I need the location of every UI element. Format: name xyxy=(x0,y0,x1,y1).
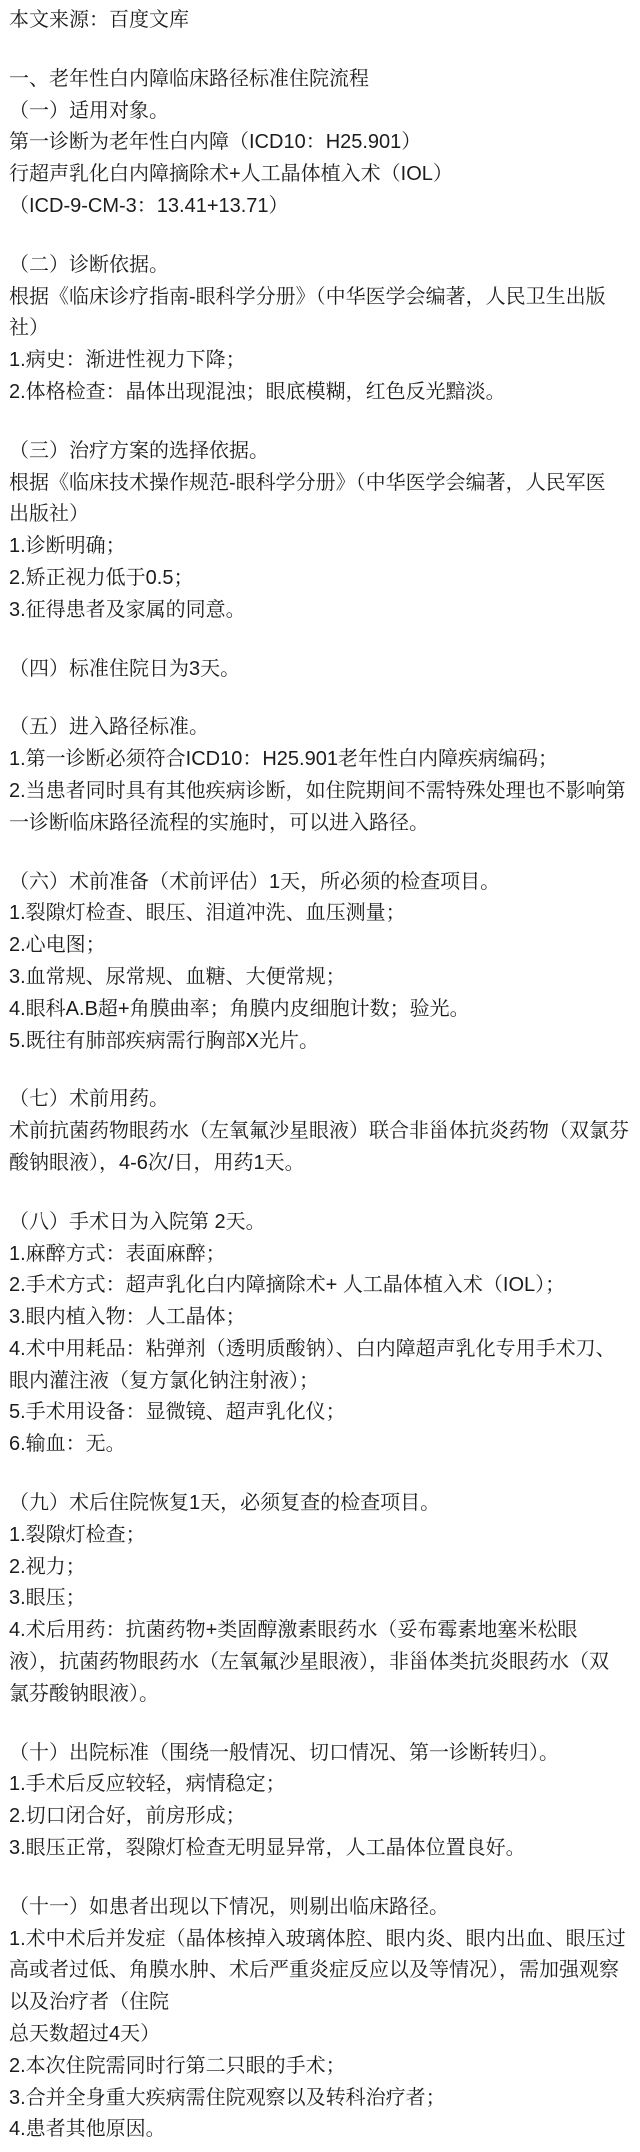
section-7: （七）术前用药。术前抗菌药物眼药水（左氧氟沙星眼液）联合非甾体抗炎药物（双氯芬酸… xyxy=(9,1084,631,1179)
text-line: 1.裂隙灯检查、眼压、泪道冲洗、血压测量； xyxy=(9,898,631,930)
text-line: （六）术前准备（术前评估）1天，所必须的检查项目。 xyxy=(9,867,631,899)
text-line: 酸钠眼液），4-6次/日，用药1天。 xyxy=(9,1148,631,1180)
text-line: （七）术前用药。 xyxy=(9,1084,631,1116)
text-line: 2.当患者同时具有其他疾病诊断，如住院期间不需特殊处理也不影响第 xyxy=(9,776,631,808)
text-line: 3.眼内植入物：人工晶体； xyxy=(9,1302,631,1334)
section-5: （五）进入路径标准。1.第一诊断必须符合ICD10：H25.901老年性白内障疾… xyxy=(9,712,631,839)
text-line: 1.裂隙灯检查； xyxy=(9,1520,631,1552)
text-line: 2.视力； xyxy=(9,1552,631,1584)
text-line: 一诊断临床路径流程的实施时，可以进入路径。 xyxy=(9,808,631,840)
text-line: 1.麻醉方式：表面麻醉； xyxy=(9,1239,631,1271)
text-line: 社） xyxy=(9,313,631,345)
text-line: 第一诊断为老年性白内障（ICD10：H25.901） xyxy=(9,127,631,159)
text-line: 3.征得患者及家属的同意。 xyxy=(9,595,631,627)
text-line: 液），抗菌药物眼药水（左氧氟沙星眼液），非甾体类抗炎眼药水（双 xyxy=(9,1647,631,1679)
text-line: 一、老年性白内障临床路径标准住院流程 xyxy=(9,64,631,96)
text-line: （八）手术日为入院第 2天。 xyxy=(9,1207,631,1239)
section-1: 一、老年性白内障临床路径标准住院流程（一）适用对象。第一诊断为老年性白内障（IC… xyxy=(9,64,631,223)
text-line: 6.输血：无。 xyxy=(9,1429,631,1461)
text-line: 1.病史：渐进性视力下降； xyxy=(9,345,631,377)
text-line: 2.切口闭合好，前房形成； xyxy=(9,1801,631,1833)
section-6: （六）术前准备（术前评估）1天，所必须的检查项目。1.裂隙灯检查、眼压、泪道冲洗… xyxy=(9,867,631,1058)
text-line: 4.眼科A.B超+角膜曲率；角膜内皮细胞计数；验光。 xyxy=(9,994,631,1026)
text-line: 总天数超过4天） xyxy=(9,2019,631,2051)
text-line: 2.本次住院需同时行第二只眼的手术； xyxy=(9,2051,631,2083)
section-10: （十）出院标准（围绕一般情况、切口情况、第一诊断转归）。1.手术后反应较轻，病情… xyxy=(9,1738,631,1865)
text-line: 4.患者其他原因。 xyxy=(9,2114,631,2146)
text-line: 根据《临床技术操作规范-眼科学分册》（中华医学会编著，人民军医 xyxy=(9,468,631,500)
document-page: 本文来源：百度文库一、老年性白内障临床路径标准住院流程（一）适用对象。第一诊断为… xyxy=(0,0,640,2152)
text-line: （十一）如患者出现以下情况，则剔出临床路径。 xyxy=(9,1892,631,1924)
text-line: 3.眼压正常，裂隙灯检查无明显异常，人工晶体位置良好。 xyxy=(9,1833,631,1865)
text-line: 2.手术方式：超声乳化白内障摘除术+ 人工晶体植入术（IOL）； xyxy=(9,1270,631,1302)
text-line: 4.术后用药：抗菌药物+类固醇激素眼药水（妥布霉素地塞米松眼 xyxy=(9,1615,631,1647)
text-line: 高或者过低、角膜水肿、术后严重炎症反应以及等情况），需加强观察 xyxy=(9,1955,631,1987)
section-3: （三）治疗方案的选择依据。根据《临床技术操作规范-眼科学分册》（中华医学会编著，… xyxy=(9,436,631,627)
text-line: 1.手术后反应较轻，病情稳定； xyxy=(9,1769,631,1801)
section-0: 本文来源：百度文库 xyxy=(9,5,631,37)
text-line: （二）诊断依据。 xyxy=(9,250,631,282)
text-line: 2.矫正视力低于0.5； xyxy=(9,563,631,595)
section-2: （二）诊断依据。根据《临床诊疗指南-眼科学分册》（中华医学会编著，人民卫生出版社… xyxy=(9,250,631,409)
text-line: 3.合并全身重大疾病需住院观察以及转科治疗者； xyxy=(9,2083,631,2115)
text-line: 本文来源：百度文库 xyxy=(9,5,631,37)
text-line: 5.手术用设备：显微镜、超声乳化仪； xyxy=(9,1397,631,1429)
text-line: 1.术中术后并发症（晶体核掉入玻璃体腔、眼内炎、眼内出血、眼压过 xyxy=(9,1924,631,1956)
text-line: 根据《临床诊疗指南-眼科学分册》（中华医学会编著，人民卫生出版 xyxy=(9,282,631,314)
text-line: 行超声乳化白内障摘除术+人工晶体植入术（IOL） xyxy=(9,159,631,191)
section-8: （八）手术日为入院第 2天。1.麻醉方式：表面麻醉；2.手术方式：超声乳化白内障… xyxy=(9,1207,631,1461)
document-body: 本文来源：百度文库一、老年性白内障临床路径标准住院流程（一）适用对象。第一诊断为… xyxy=(9,5,631,2146)
text-line: 1.第一诊断必须符合ICD10：H25.901老年性白内障疾病编码； xyxy=(9,744,631,776)
text-line: 2.体格检查：晶体出现混浊；眼底模糊，红色反光黯淡。 xyxy=(9,377,631,409)
text-line: （三）治疗方案的选择依据。 xyxy=(9,436,631,468)
text-line: （五）进入路径标准。 xyxy=(9,712,631,744)
text-line: 4.术中用耗品：粘弹剂（透明质酸钠）、白内障超声乳化专用手术刀、 xyxy=(9,1334,631,1366)
text-line: （十）出院标准（围绕一般情况、切口情况、第一诊断转归）。 xyxy=(9,1738,631,1770)
text-line: 3.血常规、尿常规、血糖、大便常规； xyxy=(9,962,631,994)
text-line: 3.眼压； xyxy=(9,1583,631,1615)
text-line: （ICD-9-CM-3：13.41+13.71） xyxy=(9,191,631,223)
text-line: 术前抗菌药物眼药水（左氧氟沙星眼液）联合非甾体抗炎药物（双氯芬 xyxy=(9,1116,631,1148)
section-4: （四）标准住院日为3天。 xyxy=(9,654,631,686)
text-line: 眼内灌注液（复方氯化钠注射液）； xyxy=(9,1366,631,1398)
section-11: （十一）如患者出现以下情况，则剔出临床路径。1.术中术后并发症（晶体核掉入玻璃体… xyxy=(9,1892,631,2146)
text-line: 5.既往有肺部疾病需行胸部X光片。 xyxy=(9,1026,631,1058)
text-line: （一）适用对象。 xyxy=(9,96,631,128)
text-line: 2.心电图； xyxy=(9,930,631,962)
text-line: （九）术后住院恢复1天，必须复查的检查项目。 xyxy=(9,1488,631,1520)
text-line: 以及治疗者（住院 xyxy=(9,1987,631,2019)
section-9: （九）术后住院恢复1天，必须复查的检查项目。1.裂隙灯检查；2.视力；3.眼压；… xyxy=(9,1488,631,1711)
text-line: 出版社） xyxy=(9,499,631,531)
text-line: 氯芬酸钠眼液）。 xyxy=(9,1679,631,1711)
text-line: 1.诊断明确； xyxy=(9,531,631,563)
text-line: （四）标准住院日为3天。 xyxy=(9,654,631,686)
